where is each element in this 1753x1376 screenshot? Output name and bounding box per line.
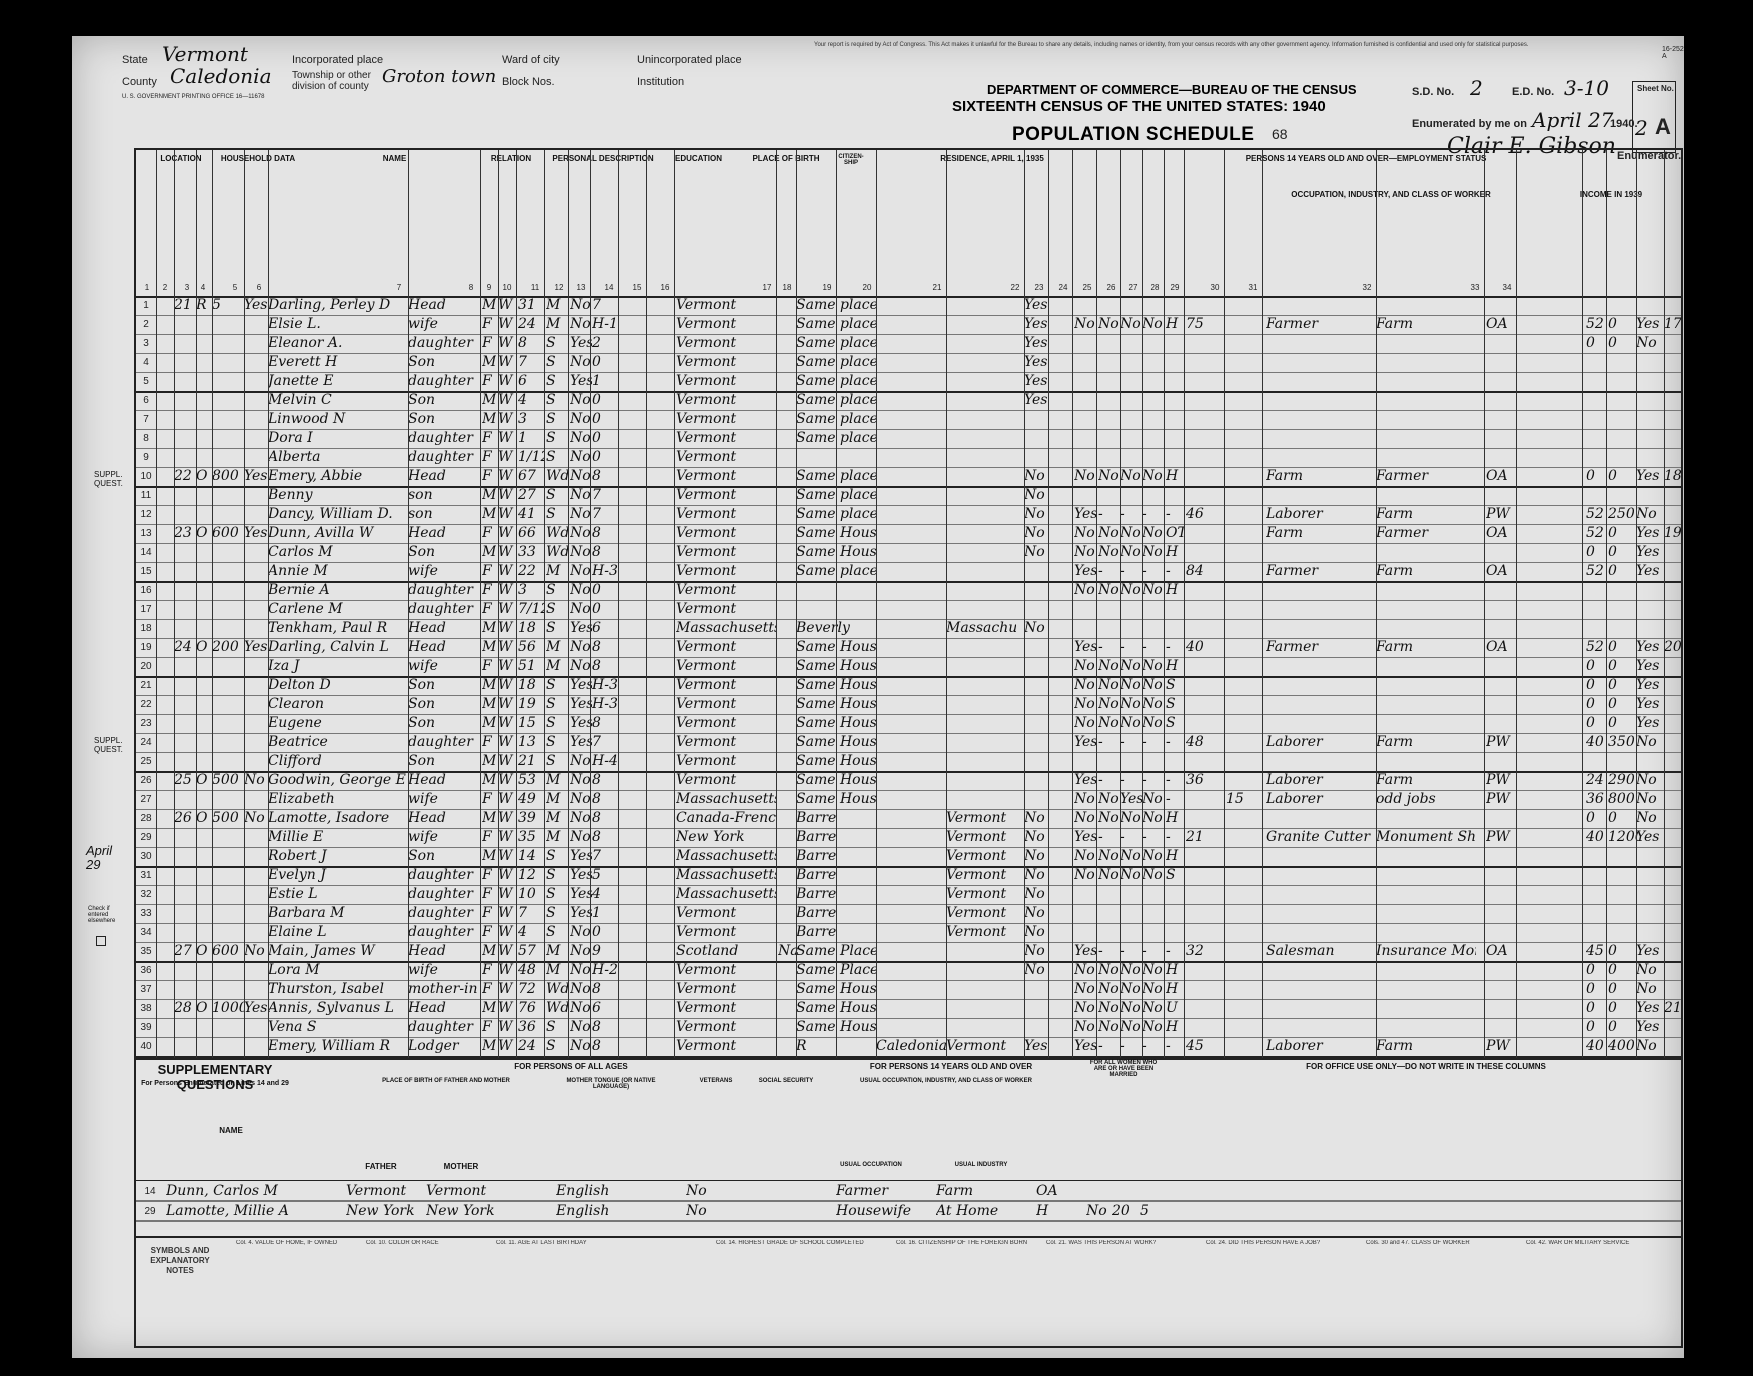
cell-grade: H-4 [592, 752, 618, 771]
cell-farm-sched [1664, 353, 1684, 372]
cell-weeks: 0 [1586, 467, 1608, 486]
cell-value: 500 [212, 771, 244, 790]
cell-farm35: No [1024, 904, 1048, 923]
cell-res-county [876, 562, 946, 581]
cell-emp-3 [1142, 429, 1164, 448]
cell-emp-1: No [1098, 315, 1120, 334]
cell-emp-3 [1142, 885, 1164, 904]
table-row: 31Evelyn JdaughterFW12SYes5Massachusetts… [136, 866, 1681, 886]
cell-occupation [1266, 866, 1376, 885]
cell-race: W [498, 619, 516, 638]
cell-weeks-unemp [1226, 486, 1256, 505]
cell-citizenship [778, 372, 798, 391]
block-label: Block Nos. [502, 76, 555, 88]
column-number: 24 [1054, 284, 1072, 294]
cell-marital: Wd [546, 543, 568, 562]
cell-street [156, 524, 174, 543]
cell-emp-3: - [1142, 771, 1164, 790]
cell-school: No [570, 980, 592, 999]
cell-sex: F [482, 828, 496, 847]
cell-relation: daughter [408, 1018, 478, 1037]
cell-res-county [876, 543, 946, 562]
cell-weeks-unemp [1226, 296, 1256, 315]
cell-sex: M [482, 1037, 496, 1056]
supp-cell-father: New York [346, 1202, 426, 1221]
cell-house [174, 923, 196, 942]
cell-emp-2 [1120, 600, 1142, 619]
cell-res-state [946, 581, 1016, 600]
cell-emp-2: No [1120, 524, 1142, 543]
cell-emp-2: - [1120, 942, 1142, 961]
cell-street [156, 980, 174, 999]
cell-emp-1 [1098, 923, 1120, 942]
cell-res-county [876, 733, 946, 752]
cell-name: Emery, Abbie [268, 467, 408, 486]
cell-emp-0: No [1074, 847, 1098, 866]
cell-weeks [1586, 448, 1608, 467]
cell-emp-3: No [1142, 467, 1164, 486]
cell-race: W [498, 733, 516, 752]
cell-birthplace: Vermont [676, 714, 776, 733]
cell-wages [1608, 904, 1638, 923]
cell-emp-3: No [1142, 657, 1164, 676]
cell-farm-sched [1664, 714, 1684, 733]
cell-house [174, 1018, 196, 1037]
cell-res-state: Vermont [946, 923, 1016, 942]
cell-weeks: 40 [1586, 733, 1608, 752]
cell-emp-1 [1098, 410, 1120, 429]
column-number: 33 [1466, 284, 1484, 294]
cell-class: OA [1486, 638, 1512, 657]
cell-emp-0 [1074, 619, 1098, 638]
cell-hours [1186, 619, 1222, 638]
cell-farm35: Yes [1024, 1037, 1048, 1056]
cell-line: 40 [136, 1037, 156, 1056]
cell-weeks [1586, 429, 1608, 448]
cell-other [1636, 391, 1664, 410]
cell-farm [244, 657, 268, 676]
cell-emp-4: H [1166, 847, 1184, 866]
cell-res-county [876, 942, 946, 961]
cell-emp-2: No [1120, 581, 1142, 600]
cell-marital: M [546, 771, 568, 790]
column-divider [498, 150, 499, 1058]
cell-age: 53 [518, 771, 544, 790]
cell-res-state: Vermont [946, 809, 1016, 828]
cell-age: 22 [518, 562, 544, 581]
cell-farm [244, 733, 268, 752]
cell-birthplace: Canada-French [676, 809, 776, 828]
cell-birthplace: Vermont [676, 296, 776, 315]
cell-hours [1186, 600, 1222, 619]
cell-citizenship [778, 334, 798, 353]
cell-farm [244, 961, 268, 980]
cell-other: Yes [1636, 638, 1664, 657]
cell-industry [1376, 581, 1476, 600]
cell-industry [1376, 296, 1476, 315]
cell-emp-3: No [1142, 695, 1164, 714]
cell-emp-0: Yes [1074, 638, 1098, 657]
cell-school: Yes [570, 866, 592, 885]
supp-section-women: FOR ALL WOMEN WHO ARE OR HAVE BEEN MARRI… [1086, 1060, 1161, 1078]
cell-relation: Head [408, 809, 478, 828]
cell-marital: S [546, 885, 568, 904]
cell-emp-3: - [1142, 562, 1164, 581]
table-row: 36Lora MwifeFW48MNoH-2VermontSame PlaceN… [136, 961, 1681, 981]
cell-emp-0 [1074, 904, 1098, 923]
supp-cell-mother: New York [426, 1202, 506, 1221]
cell-name: Alberta [268, 448, 408, 467]
cell-race: W [498, 315, 516, 334]
cell-farm35: No [1024, 619, 1048, 638]
cell-line: 3 [136, 334, 156, 353]
cell-age: 7 [518, 353, 544, 372]
cell-citizenship [778, 657, 798, 676]
cell-age: 15 [518, 714, 544, 733]
cell-relation: daughter [408, 429, 478, 448]
cell-wages [1608, 486, 1638, 505]
cell-grade: 8 [592, 714, 618, 733]
incorporated-label: Incorporated place [292, 54, 383, 66]
cell-emp-4 [1166, 600, 1184, 619]
supp-header-birthplace: PLACE OF BIRTH OF FATHER AND MOTHER [346, 1078, 546, 1084]
cell-marital: S [546, 733, 568, 752]
cell-farm35 [1024, 771, 1048, 790]
cell-owned: O [196, 999, 212, 1018]
cell-grade: 5 [592, 866, 618, 885]
cell-industry [1376, 600, 1476, 619]
cell-owned [196, 885, 212, 904]
table-row: 15Annie MwifeFW22MNoH-3VermontSame place… [136, 562, 1681, 583]
cell-relation: daughter [408, 334, 478, 353]
cell-farm35: No [1024, 866, 1048, 885]
supp-cell-usual-occupation: Housewife [836, 1202, 926, 1221]
cell-emp-0: No [1074, 980, 1098, 999]
cell-marital: S [546, 334, 568, 353]
cell-weeks: 52 [1586, 524, 1608, 543]
cell-grade: 1 [592, 372, 618, 391]
cell-value [212, 961, 244, 980]
cell-street [156, 676, 174, 695]
table-row: 3Eleanor A.daughterFW8SYes2VermontSame p… [136, 334, 1681, 354]
cell-industry [1376, 752, 1476, 771]
cell-school: No [570, 790, 592, 809]
cell-occupation [1266, 1018, 1376, 1037]
printing-office: U. S. GOVERNMENT PRINTING OFFICE 16—1167… [122, 94, 264, 100]
cell-name: Barbara M [268, 904, 408, 923]
cell-owned [196, 1018, 212, 1037]
cell-owned [196, 562, 212, 581]
cell-citizenship [778, 486, 798, 505]
cell-emp-1 [1098, 353, 1120, 372]
symbols-title: SYMBOLS AND EXPLANATORY NOTES [140, 1246, 220, 1276]
cell-occupation: Farm [1266, 524, 1376, 543]
cell-race: W [498, 885, 516, 904]
cell-emp-0: No [1074, 657, 1098, 676]
cell-emp-2: No [1120, 714, 1142, 733]
cell-farm-sched [1664, 296, 1684, 315]
cell-birthplace: Vermont [676, 600, 776, 619]
supp-section-14-over: FOR PERSONS 14 YEARS OLD AND OVER [836, 1062, 1066, 1071]
cell-other: Yes [1636, 543, 1664, 562]
cell-emp-1: No [1098, 543, 1120, 562]
cell-occupation [1266, 714, 1376, 733]
supp-header-usual-occupation: USUAL OCCUPATION [826, 1162, 916, 1168]
cell-line: 36 [136, 961, 156, 980]
cell-emp-2: - [1120, 505, 1142, 524]
cell-value: 800 [212, 467, 244, 486]
cell-emp-0 [1074, 410, 1098, 429]
cell-emp-4 [1166, 885, 1184, 904]
cell-street [156, 695, 174, 714]
cell-occupation: Farmer [1266, 315, 1376, 334]
cell-citizenship [778, 429, 798, 448]
cell-emp-3 [1142, 334, 1164, 353]
cell-birthplace: Vermont [676, 1018, 776, 1037]
cell-citizenship [778, 866, 798, 885]
cell-class [1486, 752, 1512, 771]
cell-school: Yes [570, 619, 592, 638]
cell-emp-3 [1142, 391, 1164, 410]
cell-class [1486, 1018, 1512, 1037]
column-divider [244, 150, 245, 1058]
check-note: Check if entered elsewhere [88, 906, 128, 924]
cell-grade: 8 [592, 980, 618, 999]
state-label: State [122, 54, 148, 66]
cell-weeks-unemp [1226, 695, 1256, 714]
cell-emp-4 [1166, 296, 1184, 315]
cell-school: No [570, 961, 592, 980]
cell-wages: 0 [1608, 980, 1638, 999]
cell-house [174, 904, 196, 923]
cell-other: No [1636, 961, 1664, 980]
cell-wages: 400 [1608, 1037, 1638, 1056]
cell-street [156, 296, 174, 315]
cell-race: W [498, 999, 516, 1018]
cell-house [174, 543, 196, 562]
cell-res-state [946, 562, 1016, 581]
cell-hours [1186, 1018, 1222, 1037]
cell-sex: F [482, 467, 496, 486]
cell-school: No [570, 353, 592, 372]
supp-title: SUPPLEMENTARY QUESTIONS [140, 1062, 290, 1092]
cell-emp-1 [1098, 619, 1120, 638]
cell-line: 32 [136, 885, 156, 904]
supp-cell-age-married: 20 [1112, 1202, 1136, 1221]
column-number: 25 [1078, 284, 1096, 294]
cell-res-county [876, 600, 946, 619]
cell-birthplace: Vermont [676, 505, 776, 524]
cell-hours [1186, 714, 1222, 733]
cell-house: 24 [174, 638, 196, 657]
cell-citizenship [778, 410, 798, 429]
cell-res-state: Vermont [946, 847, 1016, 866]
cell-class: OA [1486, 524, 1512, 543]
cell-emp-4: OT [1166, 524, 1184, 543]
cell-res-state [946, 752, 1016, 771]
cell-emp-0: No [1074, 866, 1098, 885]
cell-res-state [946, 695, 1016, 714]
cell-emp-0 [1074, 486, 1098, 505]
cell-value [212, 714, 244, 733]
cell-school: No [570, 581, 592, 600]
cell-emp-2 [1120, 296, 1142, 315]
cell-res-state [946, 600, 1016, 619]
supp-cell-married-more: No [1086, 1202, 1110, 1221]
cell-class [1486, 714, 1512, 733]
cell-weeks-unemp [1226, 581, 1256, 600]
cell-owned [196, 847, 212, 866]
cell-res-state [946, 543, 1016, 562]
cell-relation: daughter [408, 733, 478, 752]
cell-occupation [1266, 676, 1376, 695]
cell-school: No [570, 486, 592, 505]
cell-farm [244, 1018, 268, 1037]
column-number: 28 [1146, 284, 1164, 294]
cell-weeks-unemp [1226, 714, 1256, 733]
cell-emp-1: No [1098, 676, 1120, 695]
cell-value [212, 695, 244, 714]
cell-emp-0 [1074, 334, 1098, 353]
cell-class: PW [1486, 790, 1512, 809]
cell-weeks-unemp [1226, 505, 1256, 524]
cell-house: 27 [174, 942, 196, 961]
cell-citizenship [778, 809, 798, 828]
cell-emp-2 [1120, 391, 1142, 410]
cell-other: Yes [1636, 828, 1664, 847]
cell-grade: 8 [592, 828, 618, 847]
cell-marital: Wd [546, 524, 568, 543]
supp-cell-usual-occupation: Farmer [836, 1182, 926, 1201]
cell-value [212, 847, 244, 866]
cell-emp-0 [1074, 429, 1098, 448]
cell-hours [1186, 372, 1222, 391]
cell-citizenship [778, 885, 798, 904]
cell-marital: S [546, 353, 568, 372]
cell-grade: 4 [592, 885, 618, 904]
cell-emp-1 [1098, 448, 1120, 467]
cell-occupation [1266, 600, 1376, 619]
cell-relation: Head [408, 942, 478, 961]
cell-name: Goodwin, George E [268, 771, 408, 790]
cell-relation: Head [408, 467, 478, 486]
cell-res-county [876, 391, 946, 410]
cell-marital: M [546, 562, 568, 581]
cell-emp-0: No [1074, 790, 1098, 809]
cell-age: 21 [518, 752, 544, 771]
cell-house [174, 486, 196, 505]
cell-emp-2: - [1120, 1037, 1142, 1056]
cell-weeks: 40 [1586, 1037, 1608, 1056]
cell-line: 18 [136, 619, 156, 638]
cell-emp-0: No [1074, 809, 1098, 828]
check-box[interactable] [96, 936, 106, 946]
cell-occupation [1266, 752, 1376, 771]
cell-relation: Son [408, 391, 478, 410]
cell-class [1486, 334, 1512, 353]
cell-emp-2: - [1120, 638, 1142, 657]
cell-class [1486, 429, 1512, 448]
cell-emp-1: No [1098, 714, 1120, 733]
cell-race: W [498, 1037, 516, 1056]
cell-hours: 36 [1186, 771, 1222, 790]
column-number: 6 [250, 284, 268, 294]
cell-res-state [946, 410, 1016, 429]
cell-res-county [876, 771, 946, 790]
cell-emp-3: No [1142, 809, 1164, 828]
cell-res-state [946, 315, 1016, 334]
cell-age: 36 [518, 1018, 544, 1037]
cell-school: No [570, 638, 592, 657]
cell-emp-4: S [1166, 714, 1184, 733]
section-birthplace: PLACE OF BIRTH [736, 154, 836, 163]
note-col4: Col. 4. VALUE OF HOME, IF OWNED [236, 1240, 356, 1247]
cell-farm35: Yes [1024, 372, 1048, 391]
cell-birthplace: Massachusetts [676, 847, 776, 866]
table-row: 12Dancy, William D.sonMW41SNo7VermontSam… [136, 505, 1681, 525]
cell-marital: M [546, 315, 568, 334]
cell-value: 600 [212, 942, 244, 961]
cell-birthplace: Vermont [676, 638, 776, 657]
cell-class [1486, 885, 1512, 904]
section-residence: RESIDENCE, APRIL 1, 1935 [872, 154, 1112, 163]
cell-farm35 [1024, 999, 1048, 1018]
cell-other [1636, 752, 1664, 771]
cell-emp-1: No [1098, 809, 1120, 828]
cell-res-county [876, 429, 946, 448]
cell-birthplace: Vermont [676, 429, 776, 448]
cell-emp-4: H [1166, 657, 1184, 676]
cell-sex: M [482, 543, 496, 562]
cell-relation: Head [408, 619, 478, 638]
cell-value [212, 733, 244, 752]
cell-citizenship [778, 752, 798, 771]
cell-sex: M [482, 676, 496, 695]
cell-birthplace: Vermont [676, 733, 776, 752]
cell-value [212, 372, 244, 391]
cell-industry [1376, 714, 1476, 733]
cell-line: 38 [136, 999, 156, 1018]
cell-name: Janette E [268, 372, 408, 391]
column-divider [1582, 150, 1583, 1058]
cell-grade: 8 [592, 771, 618, 790]
cell-grade: 7 [592, 847, 618, 866]
cell-birthplace: Vermont [676, 391, 776, 410]
cell-race: W [498, 543, 516, 562]
cell-hours [1186, 847, 1222, 866]
cell-class [1486, 581, 1512, 600]
cell-age: 33 [518, 543, 544, 562]
cell-class [1486, 923, 1512, 942]
cell-res-state [946, 999, 1016, 1018]
cell-birthplace: Vermont [676, 353, 776, 372]
cell-wages: 250 [1608, 505, 1638, 524]
cell-emp-3: No [1142, 961, 1164, 980]
table-row: 5Janette EdaughterFW6SYes1VermontSame pl… [136, 372, 1681, 393]
cell-age: 24 [518, 1037, 544, 1056]
cell-citizenship [778, 600, 798, 619]
cell-farm-sched [1664, 448, 1684, 467]
cell-emp-4: - [1166, 828, 1184, 847]
cell-house [174, 391, 196, 410]
cell-house [174, 961, 196, 980]
cell-line: 5 [136, 372, 156, 391]
cell-sex: F [482, 372, 496, 391]
cell-sex: M [482, 505, 496, 524]
cell-name: Iza J [268, 657, 408, 676]
cell-occupation: Laborer [1266, 505, 1376, 524]
cell-owned [196, 904, 212, 923]
